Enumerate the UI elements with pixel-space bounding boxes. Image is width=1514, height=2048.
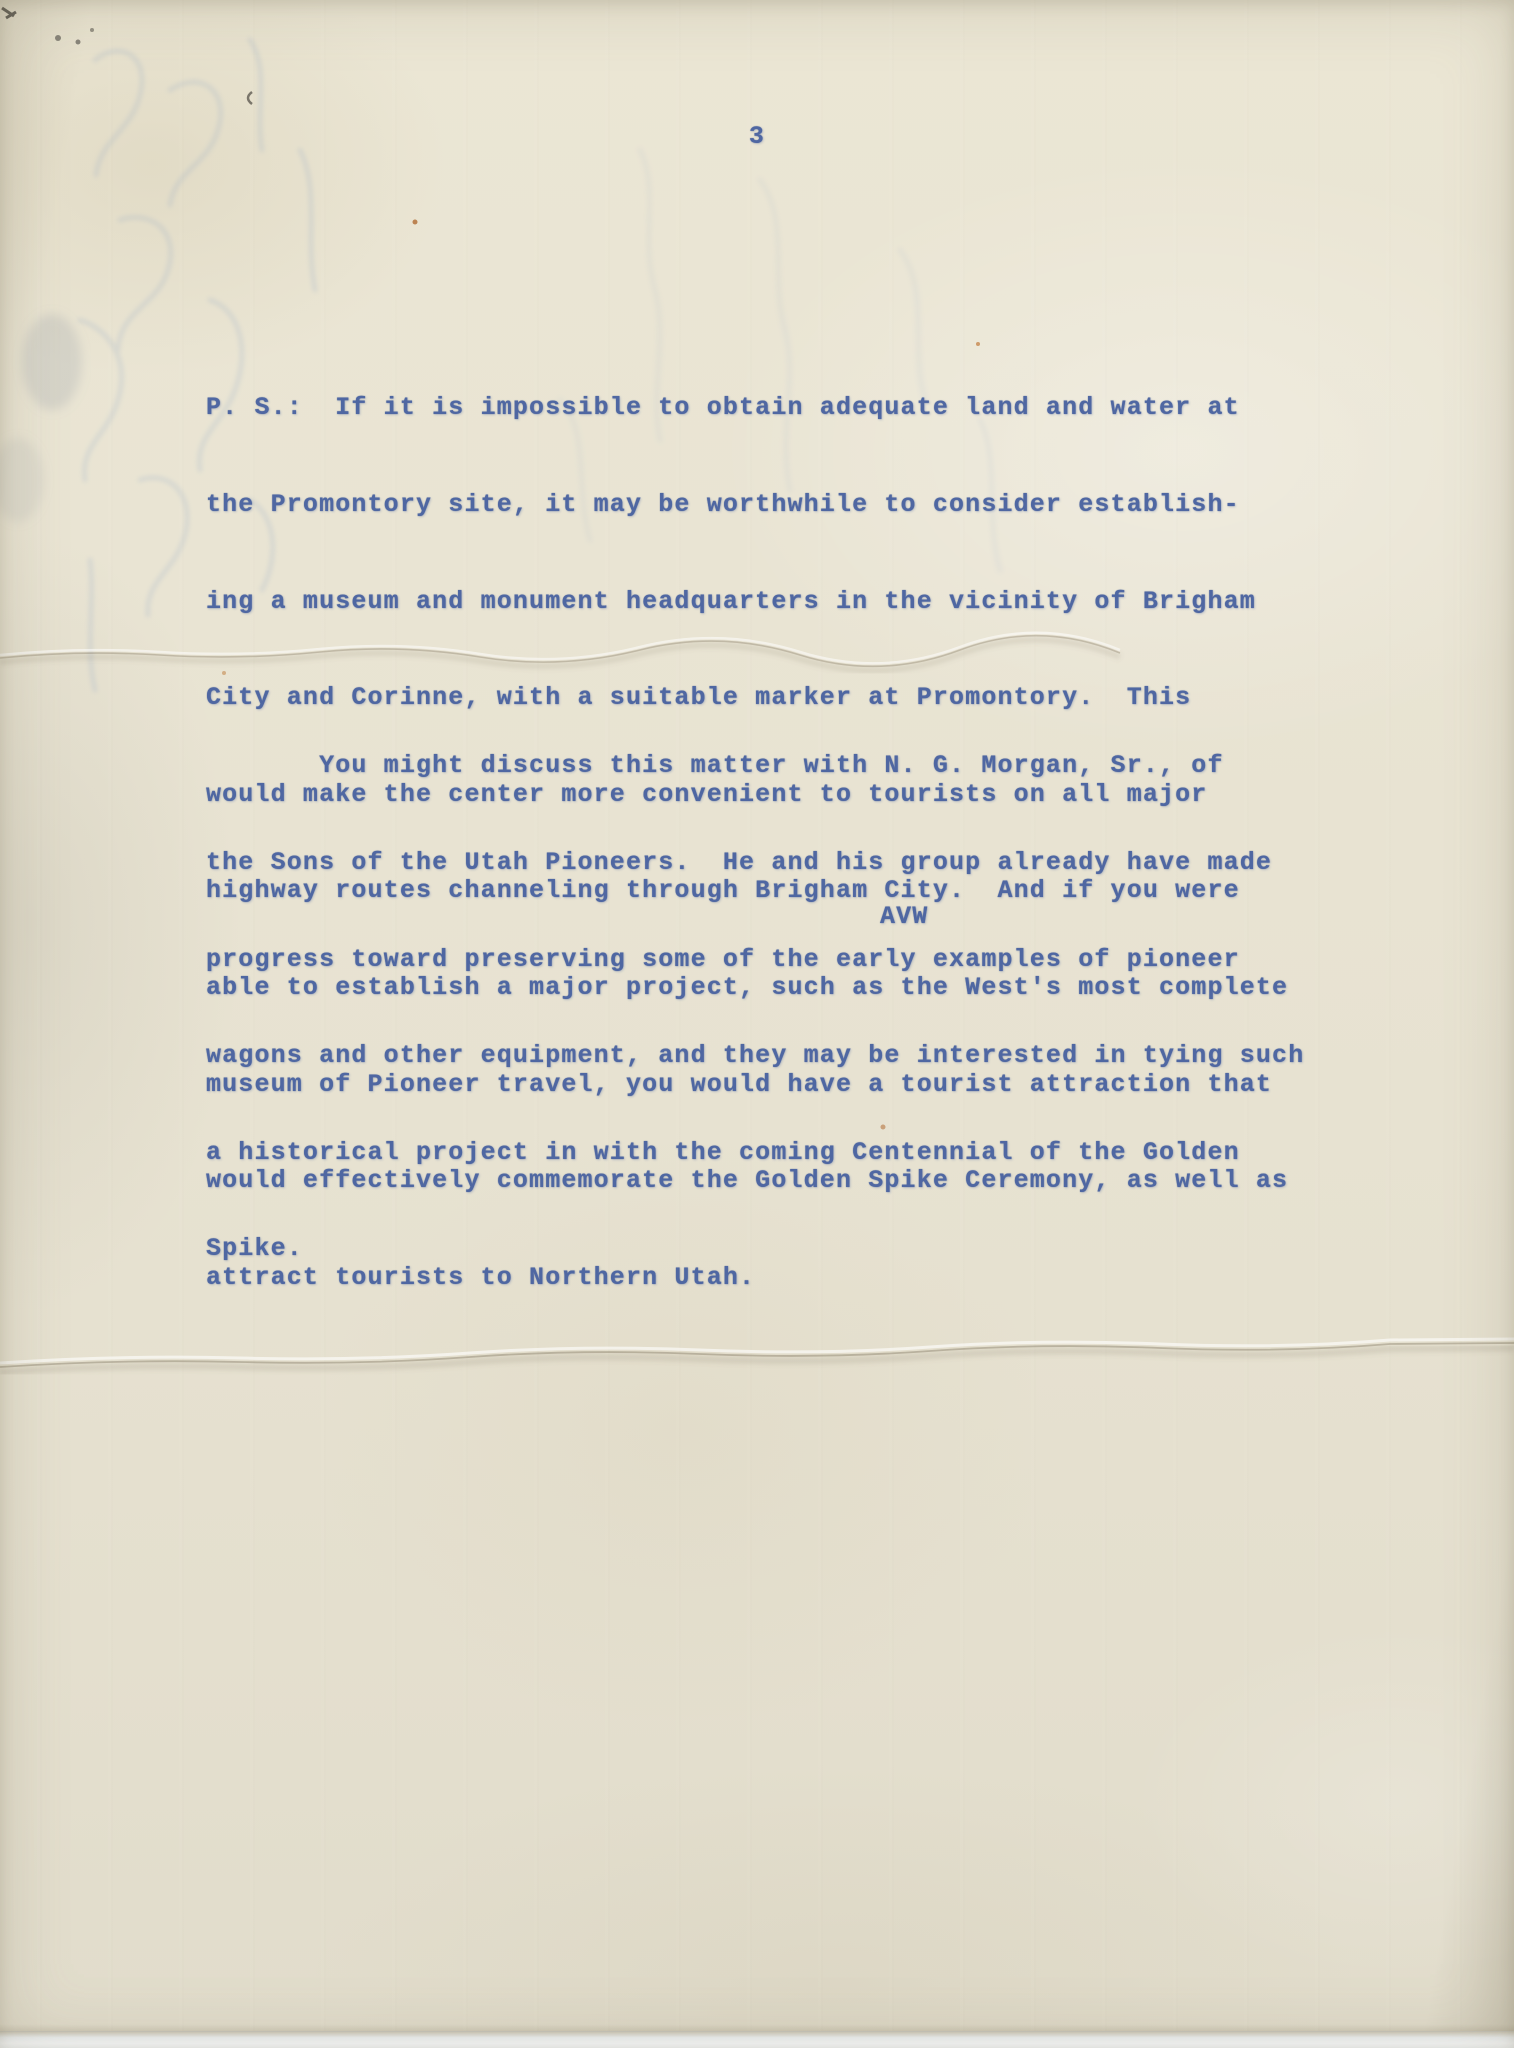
page-number: 3 — [0, 121, 1514, 153]
typed-line: Spike. — [206, 1233, 1304, 1265]
gray-smudge — [0, 314, 82, 522]
dark-specks — [2, 8, 252, 104]
typed-line: a historical project in with the coming … — [206, 1137, 1304, 1169]
typed-line: You might discuss this matter with N. G.… — [206, 750, 1304, 782]
typed-line: ing a museum and monument headquarters i… — [206, 586, 1288, 618]
typed-line: progress toward preserving some of the e… — [206, 944, 1304, 976]
typed-line: the Promontory site, it may be worthwhil… — [206, 489, 1288, 521]
typed-line: wagons and other equipment, and they may… — [206, 1040, 1304, 1072]
typed-line: P. S.: If it is impossible to obtain ade… — [206, 392, 1288, 424]
scanned-letter-page: 3 P. S.: If it is impossible to obtain a… — [0, 0, 1514, 2048]
second-paragraph: You might discuss this matter with N. G.… — [206, 686, 1304, 1330]
scanner-background-strip — [0, 2031, 1514, 2048]
typed-line: the Sons of the Utah Pioneers. He and hi… — [206, 847, 1304, 879]
typist-initials: AVW — [206, 901, 928, 933]
